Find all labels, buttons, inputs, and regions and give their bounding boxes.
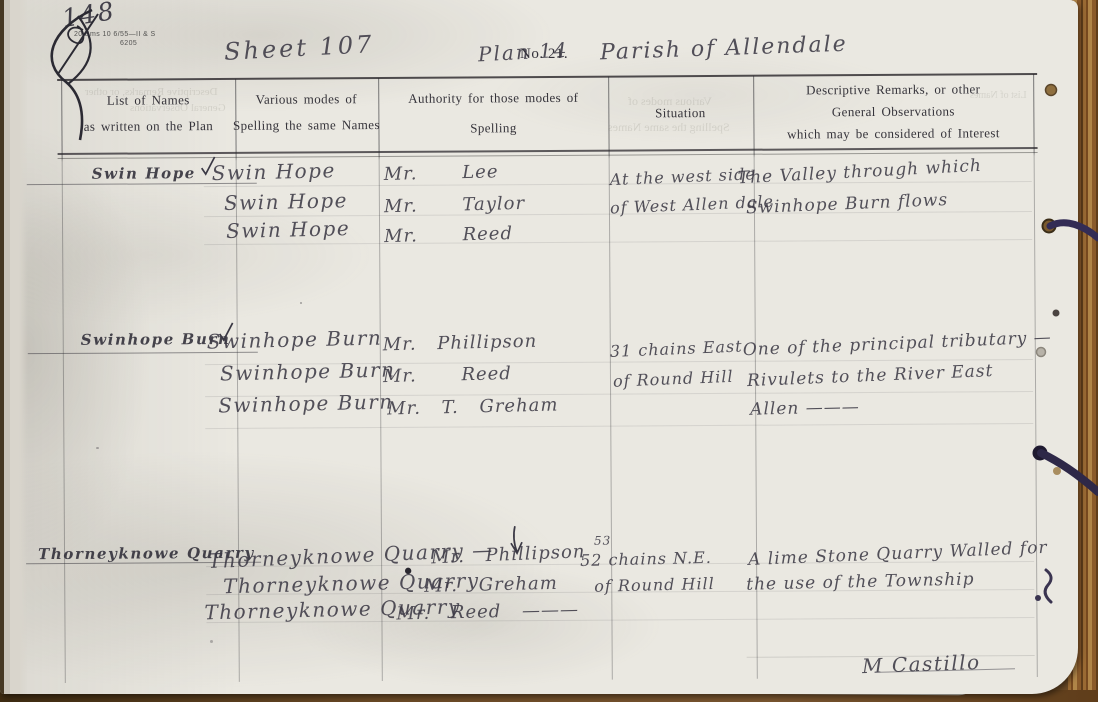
table-grid: List of Names as written on the Plan Var…: [53, 71, 1043, 693]
authority-entry: Mr. Greham: [424, 573, 558, 597]
remarks-entry: Rivulets to the River East: [747, 361, 994, 391]
remarks-entry: A lime Stone Quarry Walled for: [748, 538, 1048, 570]
spelling-entry: Swin Hope: [226, 216, 351, 243]
situation-entry: of Round Hill: [613, 367, 734, 391]
authority-entry: Mr. Taylor: [384, 193, 526, 217]
guide-line: [205, 423, 1033, 429]
printers-stamp: 20 Bms 10 6/55—II & S 6205: [74, 30, 156, 48]
spelling-entry: Swinhope Burn: [220, 357, 396, 385]
authority-entry: Mr. Lee: [383, 161, 498, 185]
stamp-line-1: 20 Bms 10 6/55—II & S: [74, 30, 156, 39]
situation-correction: 53: [594, 534, 611, 548]
spelling-entry: Swin Hope: [224, 188, 349, 215]
column-header: Situation: [655, 105, 706, 121]
situation-entry: At the west side: [609, 164, 756, 189]
column-divider: [61, 80, 66, 683]
plan-name: Swin Hope: [92, 164, 196, 183]
document-paper: 148 20 Bms 10 6/55—II & S 6205 Sheet 107…: [0, 0, 1078, 694]
parish-title: Parish of Allendale: [600, 32, 848, 66]
paper-speck: [300, 302, 302, 304]
remarks-entry: Allen ———: [750, 397, 860, 420]
column-header: Various modes of: [256, 91, 357, 108]
remarks-entry: the use of the Township: [746, 569, 975, 594]
surveyor-signature: M Castillo: [862, 650, 981, 678]
authority-entry: Mr. Reed: [383, 363, 512, 387]
spelling-entry: Swin Hope: [211, 158, 336, 185]
column-header: which may be considered of Interest: [787, 125, 1000, 142]
authority-entry: Mr. Phillipson: [383, 331, 538, 356]
column-divider: [1033, 74, 1038, 677]
column-header: Descriptive Remarks, or other: [806, 81, 980, 98]
remarks-entry: The Valley through which: [737, 156, 982, 189]
column-header: Spelling: [470, 120, 517, 136]
folio-number: 148: [60, 0, 118, 33]
situation-entry: 52 chains N.E.: [580, 548, 712, 570]
remarks-entry: One of the principal tributary —: [742, 328, 1052, 361]
scanned-name-book-page: 148 20 Bms 10 6/55—II & S 6205 Sheet 107…: [0, 0, 1098, 702]
paper-left-binding-edge: [0, 0, 28, 694]
column-header: List of Names: [107, 92, 190, 109]
stamp-line-2: 6205: [120, 39, 156, 48]
paper-speck: [96, 447, 99, 449]
remarks-entry: Swinhope Burn flows: [746, 190, 949, 218]
authority-entry: Mr. Reed: [384, 223, 513, 247]
situation-entry: of Round Hill: [594, 574, 715, 596]
situation-entry: 31 chains East: [609, 337, 742, 361]
column-header: as written on the Plan: [84, 118, 214, 135]
spelling-entry: Swinhope Burn: [218, 389, 394, 417]
column-header: Authority for those modes of: [408, 90, 578, 107]
paper-speck: [642, 205, 644, 207]
authority-entry: Mr. T. Greham: [387, 394, 559, 419]
sheet-number: Sheet 107: [223, 30, 375, 66]
column-header: Spelling the same Names: [233, 117, 380, 134]
authority-entry: Mr. Reed ———: [396, 599, 579, 624]
table-top-border: [57, 73, 1037, 81]
page-number: No. 21.: [520, 46, 568, 63]
column-header: General Observations: [832, 104, 955, 121]
spelling-entry: Swinhope Burn: [206, 325, 382, 353]
paper-speck: [210, 640, 213, 643]
